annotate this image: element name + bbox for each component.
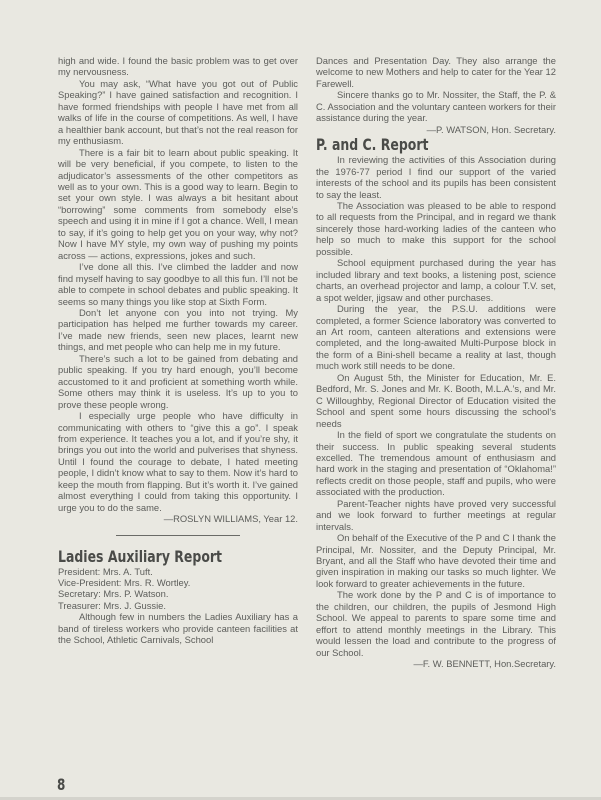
paragraph: The Association was pleased to be able t… [316,200,556,257]
left-column: high and wide. I found the basic problem… [58,55,298,646]
section-divider [116,535,240,536]
paragraph: On behalf of the Executive of the P and … [316,532,556,589]
paragraph: During the year, the P.S.U. additions we… [316,303,556,372]
paragraph: Don’t let anyone con you into not trying… [58,307,298,353]
section-heading-p-and-c: P. and C. Report [316,136,503,153]
officer-secretary: Secretary: Mrs. P. Watson. [58,588,298,599]
document-page: high and wide. I found the basic problem… [0,0,601,800]
paragraph: In the field of sport we congratulate th… [316,429,556,498]
article-signature: —P. WATSON, Hon. Secretary. [316,124,556,135]
paragraph: The work done by the P and C is of impor… [316,589,556,658]
officer-president: President: Mrs. A. Tuft. [58,566,298,577]
article-signature: —ROSLYN WILLIAMS, Year 12. [58,513,298,524]
paragraph: Parent-Teacher nights have proved very s… [316,498,556,532]
page-number: 8 [57,775,65,794]
officer-treasurer: Treasurer: Mrs. J. Gussie. [58,600,298,611]
paragraph: Although few in numbers the Ladies Auxil… [58,611,298,645]
officer-vice-president: Vice-President: Mrs. R. Wortley. [58,577,298,588]
paragraph: In reviewing the activities of this Asso… [316,154,556,200]
paragraph: There’s such a lot to be gained from deb… [58,353,298,410]
paragraph: I’ve done all this. I’ve climbed the lad… [58,261,298,307]
article-signature: —F. W. BENNETT, Hon.Secretary. [316,658,556,669]
paragraph: Dances and Presentation Day. They also a… [316,55,556,89]
paragraph: On August 5th, the Minister for Educatio… [316,372,556,429]
right-column: Dances and Presentation Day. They also a… [316,55,556,670]
paragraph: high and wide. I found the basic problem… [58,55,298,78]
section-heading-ladies-auxiliary: Ladies Auxiliary Report [58,548,245,565]
paragraph: There is a fair bit to learn about publi… [58,147,298,262]
paragraph: You may ask, “What have you got out of P… [58,78,298,147]
paragraph: I especially urge people who have diffic… [58,410,298,513]
paragraph: Sincere thanks go to Mr. Nossiter, the S… [316,89,556,123]
paragraph: School equipment purchased during the ye… [316,257,556,303]
